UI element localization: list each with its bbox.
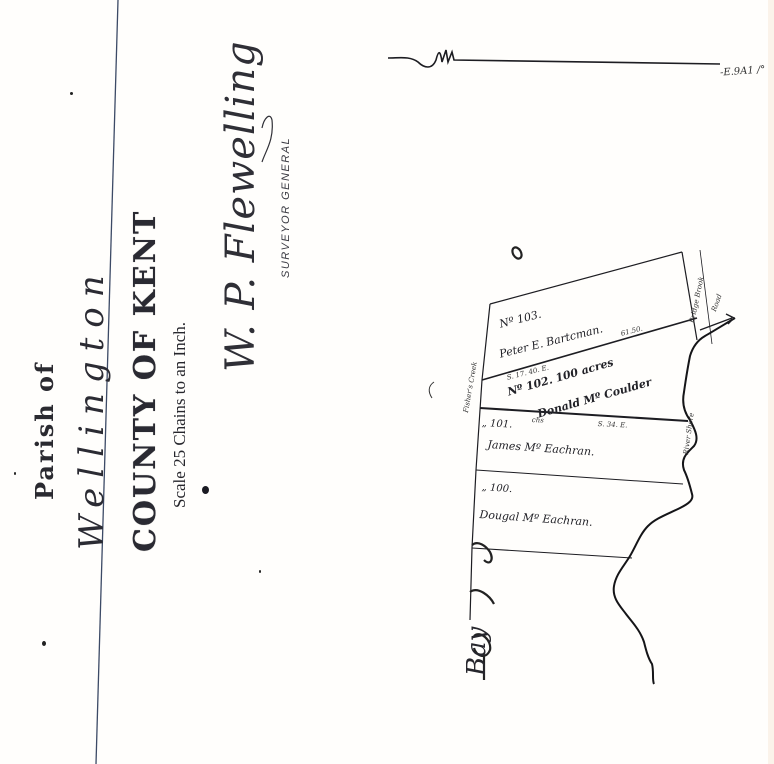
- lot-boundaries: [470, 250, 712, 620]
- parish-name: Wellington: [72, 265, 112, 550]
- county-title: COUNTY OF KENT: [128, 210, 163, 552]
- scan-speck: [14, 472, 16, 475]
- ink-blot: [202, 486, 209, 494]
- scan-speck: [70, 92, 73, 95]
- lot-101-bearing: S. 34. E.: [598, 420, 628, 430]
- surveyor-signature: W. P. Flewelling: [218, 40, 264, 372]
- river-shoreline: [614, 318, 735, 684]
- lot-101-number: „ 101.: [481, 418, 512, 431]
- bay-label: Bay: [462, 627, 492, 676]
- parish-label: Parish of: [30, 362, 59, 500]
- scale-note: Scale 25 Chains to an Inch.: [170, 322, 190, 508]
- lot-101-chains: chs: [532, 416, 544, 425]
- lot-100-number: „ 100.: [481, 482, 512, 495]
- map-drawing: [0, 0, 774, 764]
- surveyor-general-label: SURVEYOR GENERAL: [280, 137, 292, 278]
- scan-speck: [42, 641, 46, 646]
- circle-mark: [511, 246, 524, 260]
- scan-edge: [768, 0, 774, 764]
- scan-speck: [259, 570, 261, 573]
- top-flourish: [388, 50, 720, 67]
- scanned-page: Parish of Wellington COUNTY OF KENT Scal…: [0, 0, 774, 764]
